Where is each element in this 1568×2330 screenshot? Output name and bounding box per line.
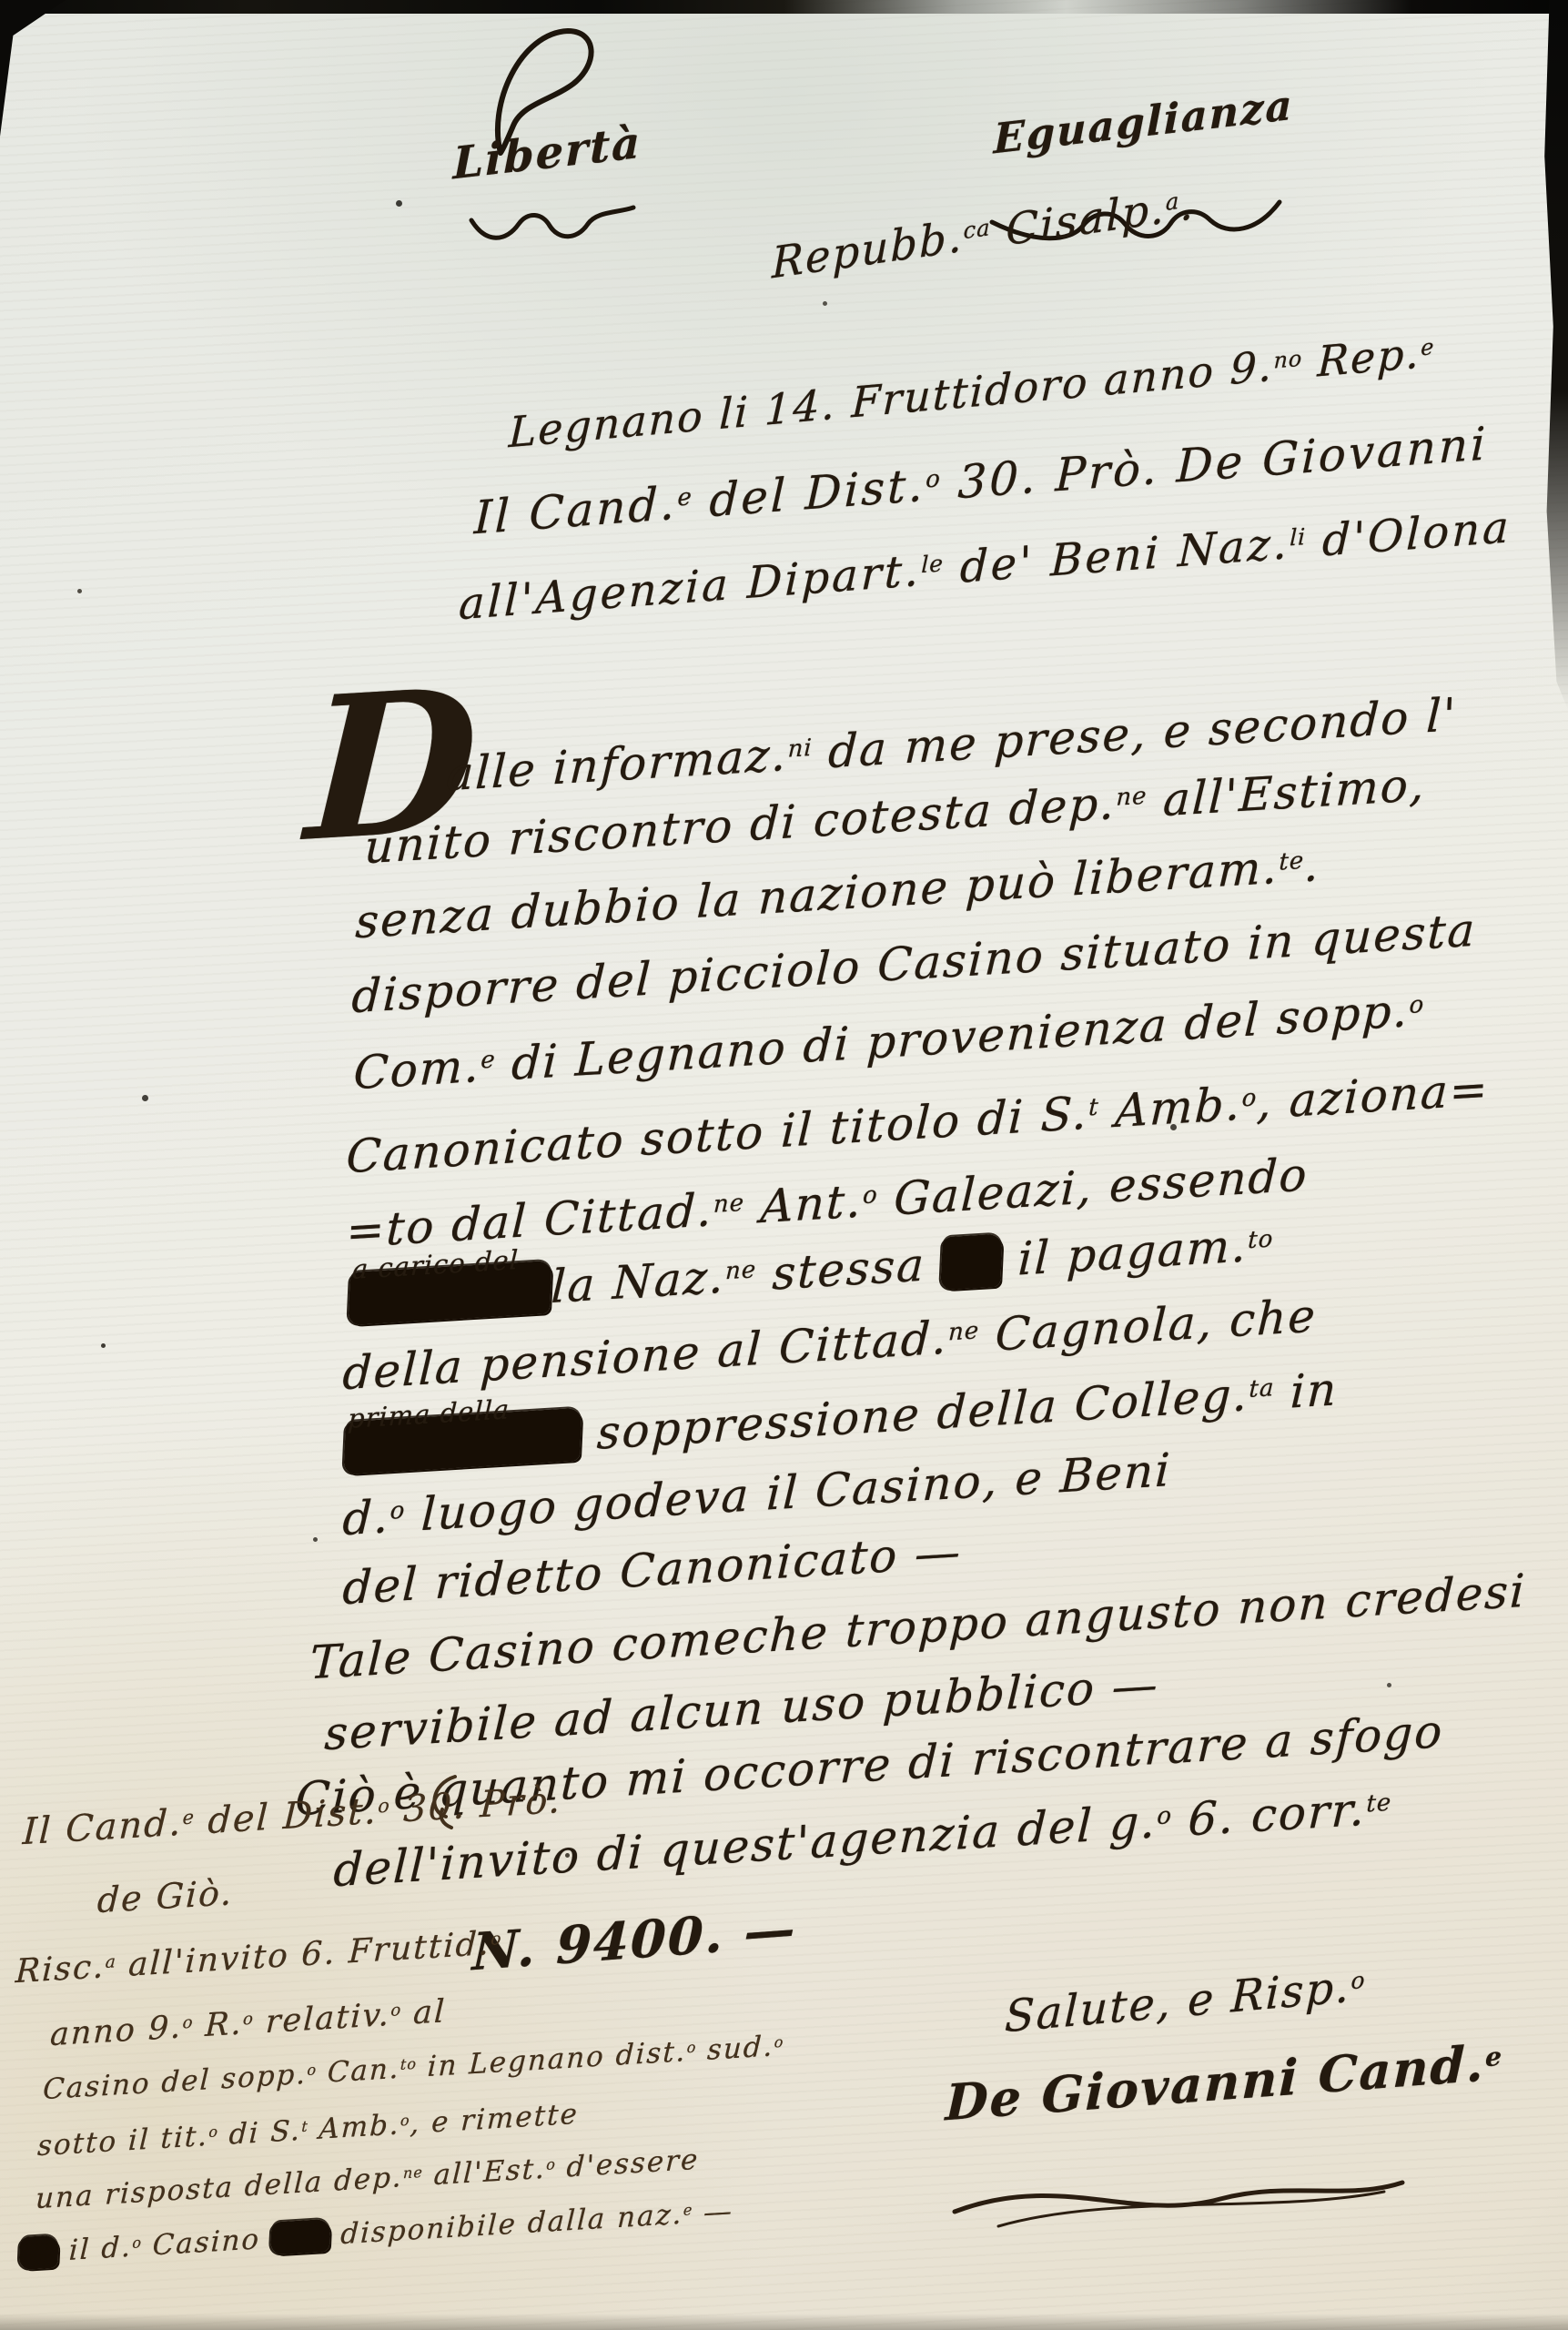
signature-underline-icon bbox=[942, 2159, 1415, 2241]
margin-note-line: sotto il tit.o di S.t Amb.o, e rimette bbox=[36, 2098, 579, 2163]
margin-note-line: Risc.a all'invito 6. Fruttid.o bbox=[15, 1924, 502, 1991]
reference-number: N. 9400. — bbox=[471, 1899, 798, 1983]
signature-salutation: Salute, e Risp.o bbox=[1004, 1960, 1366, 2042]
photo-edge-bottom bbox=[0, 2314, 1568, 2330]
photo-corner-top-left bbox=[0, 0, 66, 137]
republic-heading: Repubb.ca Cisalp.a. bbox=[772, 179, 1195, 289]
photo-edge-top bbox=[0, 0, 1568, 14]
margin-note-line: de Giò. bbox=[96, 1872, 234, 1920]
signature-name: De Giovanni Cand.e bbox=[945, 2032, 1503, 2132]
flourish-swash-icon bbox=[466, 202, 639, 248]
manuscript-page: Libertà Eguaglianza Repubb.ca Cisalp.a. … bbox=[0, 0, 1568, 2330]
paper-specks bbox=[0, 0, 3, 3]
margin-note-line: anno 9.o R.o relativ.o al bbox=[49, 1993, 447, 2053]
photo-edge-right bbox=[1541, 0, 1568, 710]
motto-eguaglianza: Eguaglianza bbox=[994, 80, 1294, 163]
